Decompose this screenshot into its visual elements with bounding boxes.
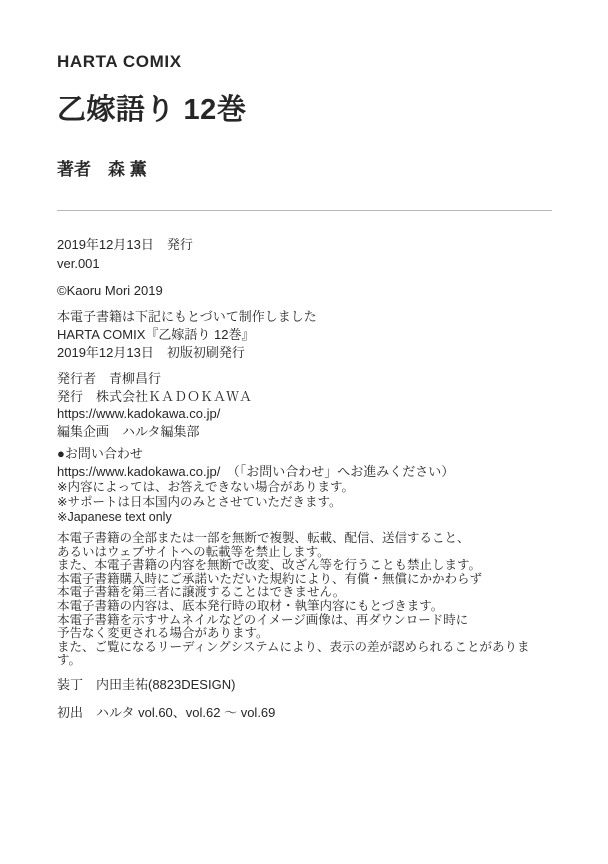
text-line: https://www.kadokawa.co.jp/ （「お問い合わせ」へお進… bbox=[57, 463, 552, 481]
text-line: 初出 ハルタ vol.60、vol.62 ～ vol.69 bbox=[57, 704, 552, 721]
text-line: また、ご覧になるリーディングシステムにより、表示の差が認められることがあります。 bbox=[57, 641, 552, 668]
cover-design-block: 装丁 内田圭祐(8823DESIGN) bbox=[57, 676, 552, 693]
edition-block: 2019年12月13日 発行ver.001 bbox=[57, 235, 552, 273]
text-line: 装丁 内田圭祐(8823DESIGN) bbox=[57, 676, 552, 693]
text-line: https://www.kadokawa.co.jp/ bbox=[57, 405, 552, 423]
author-line: 著者 森 薫 bbox=[57, 160, 552, 180]
source-edition-block: 本電子書籍は下記にもとづいて制作しましたHARTA COMIX『乙嫁語り 12巻… bbox=[57, 308, 552, 362]
text-line: 本電子書籍の全部または一部を無断で複製、転載、配信、送信すること、 bbox=[57, 532, 552, 546]
text-line: ※内容によっては、お答えできない場合があります。 bbox=[57, 480, 552, 495]
contact-block: ●お問い合わせhttps://www.kadokawa.co.jp/ （「お問い… bbox=[57, 445, 552, 480]
text-line: HARTA COMIX『乙嫁語り 12巻』 bbox=[57, 326, 552, 344]
text-line: 予告なく変更される場合があります。 bbox=[57, 627, 552, 641]
text-line: ※サポートは日本国内のみとさせていただきます。 bbox=[57, 495, 552, 510]
text-line: 2019年12月13日 初版初刷発行 bbox=[57, 344, 552, 362]
first-appearance-block: 初出 ハルタ vol.60、vol.62 ～ vol.69 bbox=[57, 704, 552, 721]
text-line: 発行者 青柳昌行 bbox=[57, 370, 552, 388]
publisher-block: 発行者 青柳昌行発行 株式会社ＫＡＤＯＫＡＷＡhttps://www.kadok… bbox=[57, 370, 552, 440]
text-line: また、本電子書籍の内容を無断で改変、改ざん等を行うことも禁止します。 bbox=[57, 559, 552, 573]
text-line: 発行 株式会社ＫＡＤＯＫＡＷＡ bbox=[57, 388, 552, 406]
text-line: 本電子書籍を第三者に譲渡することはできません。 bbox=[57, 586, 552, 600]
contact-notes-block: ※内容によっては、お答えできない場合があります。※サポートは日本国内のみとさせて… bbox=[57, 480, 552, 525]
text-line: 2019年12月13日 発行 bbox=[57, 235, 552, 254]
book-title: 乙嫁語り 12巻 bbox=[57, 92, 552, 128]
text-line: ●お問い合わせ bbox=[57, 445, 552, 463]
text-line: 本電子書籍は下記にもとづいて制作しました bbox=[57, 308, 552, 326]
divider bbox=[57, 210, 552, 211]
text-line: ver.001 bbox=[57, 254, 552, 273]
text-line: ©Kaoru Mori 2019 bbox=[57, 281, 552, 300]
imprint-label: HARTA COMIX bbox=[57, 52, 552, 72]
text-line: ※Japanese text only bbox=[57, 510, 552, 525]
text-line: 編集企画 ハルタ編集部 bbox=[57, 423, 552, 441]
copyright-block: ©Kaoru Mori 2019 bbox=[57, 281, 552, 300]
text-line: 本電子書籍の内容は、底本発行時の取材・執筆内容にもとづきます。 bbox=[57, 600, 552, 614]
colophon-page: HARTA COMIX 乙嫁語り 12巻 著者 森 薫 2019年12月13日 … bbox=[0, 0, 608, 864]
legal-notice-block: 本電子書籍の全部または一部を無断で複製、転載、配信、送信すること、あるいはウェブ… bbox=[57, 532, 552, 668]
